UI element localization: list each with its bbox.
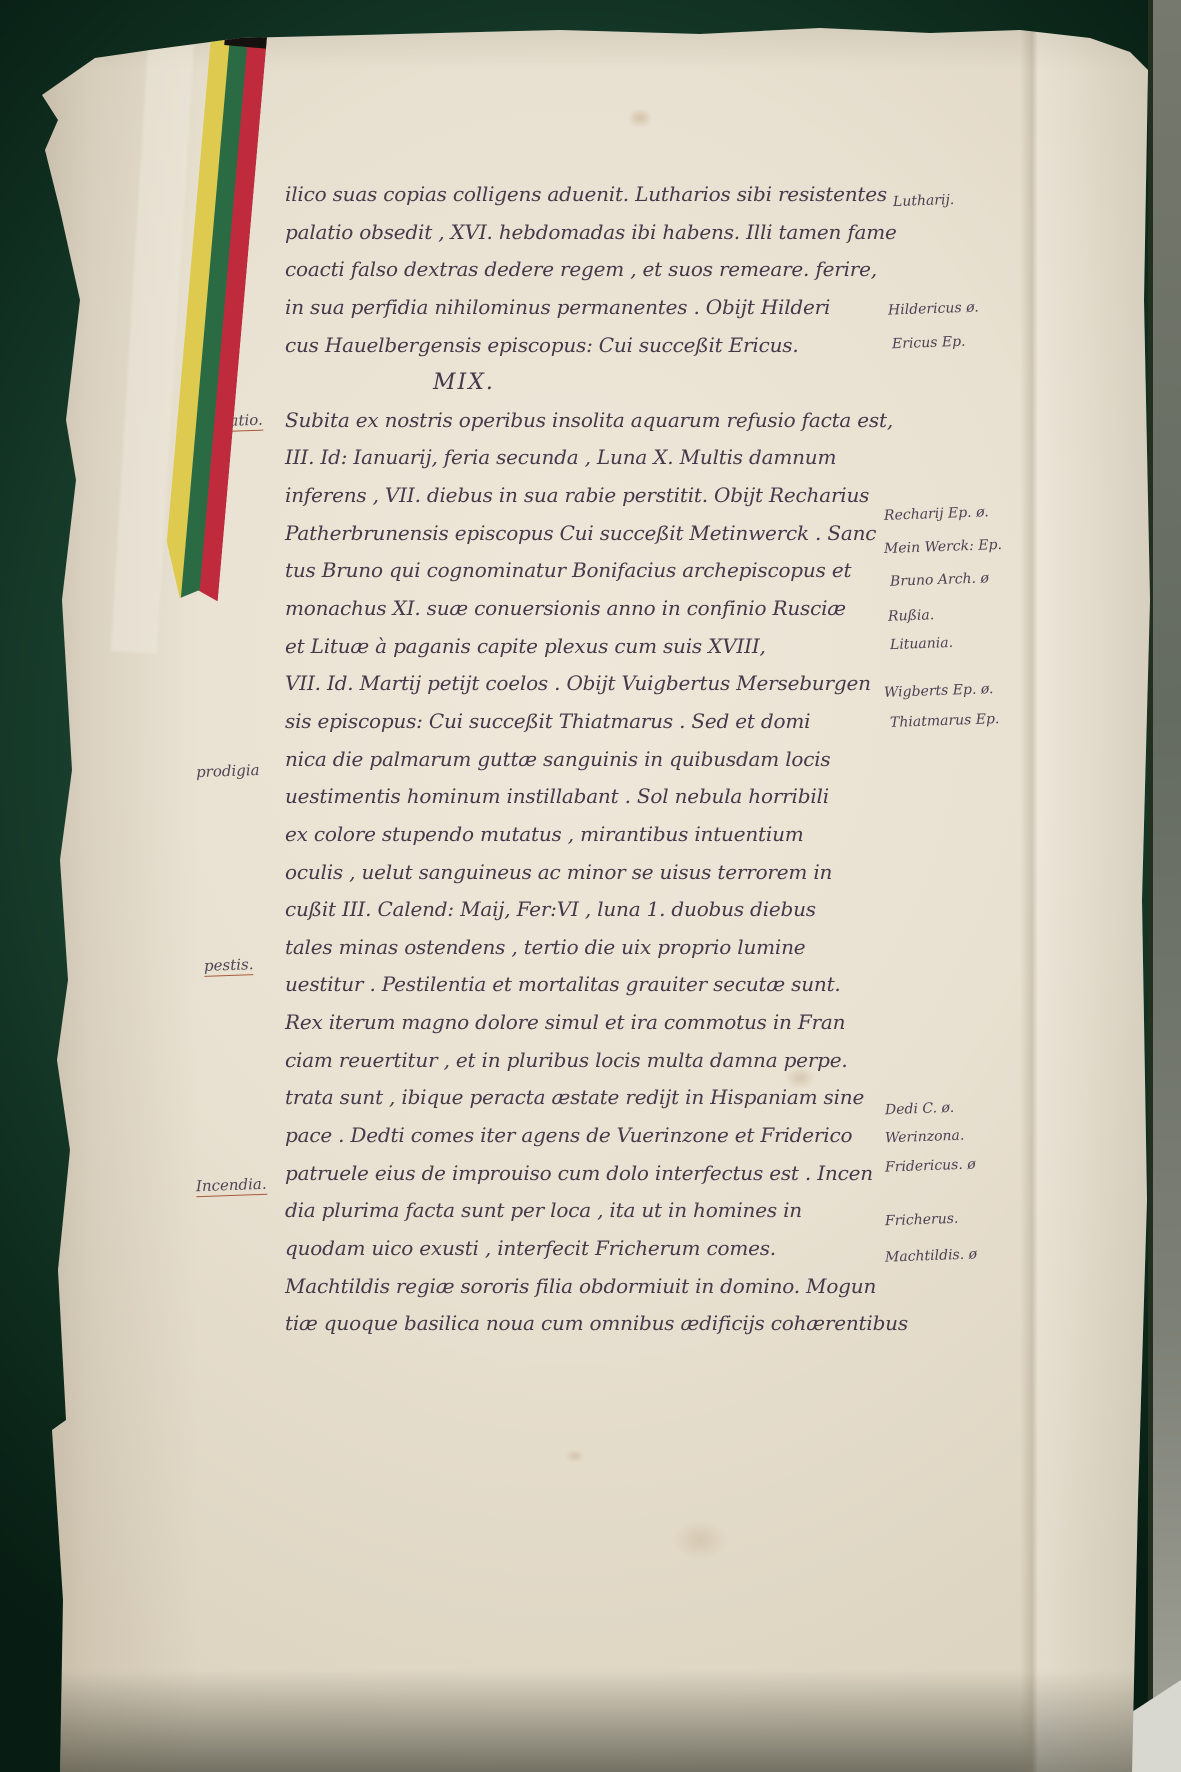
manuscript-line: monachus XI. suæ conuersionis anno in co… — [285, 590, 925, 628]
margin-note-right: Dedi C. ø. — [885, 1099, 955, 1119]
manuscript-line: sis episcopus: Cui succeßit Thiatmarus .… — [285, 703, 925, 741]
margin-note-left: prodigia — [196, 761, 260, 781]
manuscript-line: inferens , VII. diebus in sua rabie pers… — [285, 477, 925, 515]
manuscript-line: tiæ quoque basilica noua cum omnibus ædi… — [285, 1305, 925, 1343]
margin-note-right: Recharij Ep. ø. — [884, 503, 989, 525]
margin-note-right: Werinzona. — [885, 1127, 965, 1148]
manuscript-line: Patherbrunensis episcopus Cui succeßit M… — [285, 515, 925, 553]
margin-note-right: Hildericus ø. — [888, 298, 979, 319]
manuscript-line: III. Id: Ianuarij, feria secunda , Luna … — [285, 439, 925, 477]
margin-note-right: Lutharij. — [893, 191, 955, 211]
manuscript-line: patruele eius de improuiso cum dolo inte… — [285, 1155, 925, 1193]
manuscript-line: tus Bruno qui cognominatur Bonifacius ar… — [285, 552, 925, 590]
manuscript-line: uestimentis hominum instillabant . Sol n… — [285, 778, 925, 816]
manuscript-line: Machtildis regiæ sororis filia obdormiui… — [285, 1268, 925, 1306]
margin-note-right: Mein Werck: Ep. — [884, 536, 1002, 558]
margin-note-right: Machtildis. ø — [885, 1245, 978, 1266]
manuscript-line: tales minas ostendens , tertio die uix p… — [285, 929, 925, 967]
manuscript-line: ilico suas copias colligens aduenit. Lut… — [285, 176, 925, 214]
margin-note-right: Wigberts Ep. ø. — [884, 680, 994, 702]
manuscript-line: pace . Dedti comes iter agens de Vuerinz… — [285, 1117, 925, 1155]
manuscript-line: trata sunt , ibique peracta æstate redij… — [285, 1079, 925, 1117]
manuscript-line: oculis , uelut sanguineus ac minor se ui… — [285, 854, 925, 892]
margin-note-right: Bruno Arch. ø — [890, 569, 989, 590]
manuscript-line: et Lituæ à paganis capite plexus cum sui… — [285, 628, 925, 666]
manuscript-line: in sua perfidia nihilominus permanentes … — [285, 289, 925, 327]
manuscript-line: Subita ex nostris operibus insolita aqua… — [285, 402, 925, 440]
manuscript-line: ciam reuertitur , et in pluribus locis m… — [285, 1042, 925, 1080]
margin-note-right: Lituania. — [890, 634, 954, 654]
ribbon-black-tip — [224, 0, 273, 49]
margin-note-right: Thiatmarus Ep. — [890, 710, 1000, 732]
manuscript-line: dia plurima facta sunt per loca , ita ut… — [285, 1192, 925, 1230]
margin-note-right: Fridericus. ø — [885, 1155, 976, 1176]
manuscript-line: quodam uico exusti , interfecit Fricheru… — [285, 1230, 925, 1268]
margin-note-right: Fricherus. — [885, 1210, 959, 1231]
manuscript-page: ilico suas copias colligens aduenit. Lut… — [0, 0, 1181, 1772]
manuscript-text-block: ilico suas copias colligens aduenit. Lut… — [285, 176, 925, 1343]
manuscript-line: coacti falso dextras dedere regem , et s… — [285, 251, 925, 289]
manuscript-line: palatio obsedit , XVI. hebdomadas ibi ha… — [285, 214, 925, 252]
margin-note-right: Rußia. — [888, 606, 935, 626]
margin-note-left: pestis. — [204, 955, 254, 977]
display-case-edge — [1148, 0, 1181, 1772]
margin-note-left: Incendia. — [196, 1175, 267, 1197]
manuscript-line: VII. Id. Martij petijt coelos . Obijt Vu… — [285, 665, 925, 703]
year-heading: MIX. — [285, 364, 925, 402]
manuscript-line: ex colore stupendo mutatus , mirantibus … — [285, 816, 925, 854]
manuscript-line: uestitur . Pestilentia et mortalitas gra… — [285, 966, 925, 1004]
margin-note-right: Ericus Ep. — [892, 333, 966, 354]
manuscript-line: Rex iterum magno dolore simul et ira com… — [285, 1004, 925, 1042]
manuscript-line: cus Hauelbergensis episcopus: Cui succeß… — [285, 327, 925, 365]
manuscript-line: nica die palmarum guttæ sanguinis in qui… — [285, 741, 925, 779]
manuscript-line: cußit III. Calend: Maij, Fer:VI , luna 1… — [285, 891, 925, 929]
